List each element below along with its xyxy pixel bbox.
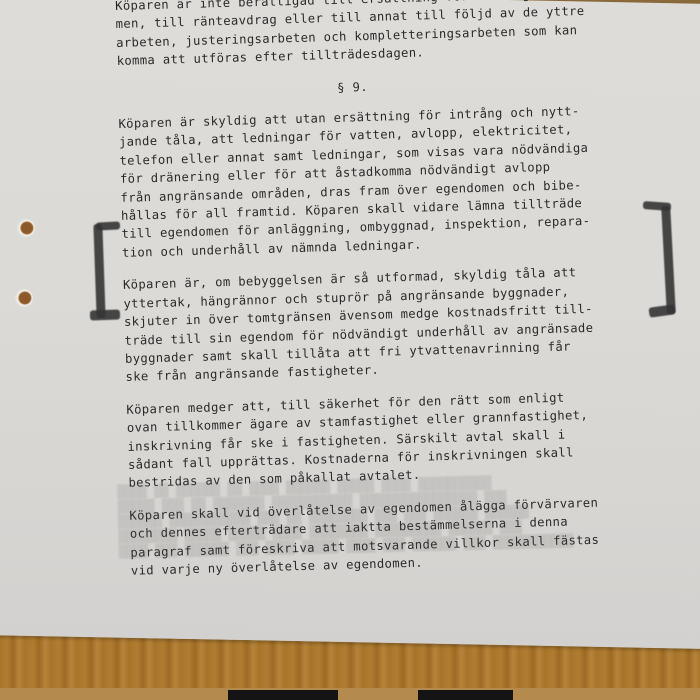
- punch-hole-icon: [17, 219, 35, 237]
- left-bracket-mark-bottom: [90, 309, 120, 320]
- section-heading: § 9.: [117, 69, 677, 103]
- paragraph-intro: Köparen är inte berättigad till ersättni…: [115, 0, 677, 71]
- desk-edge: [0, 688, 700, 700]
- show-through-text: ████ ██ ██████ ██ ████ ██████ █████ ████…: [117, 471, 679, 560]
- desk-gap-shadow: [418, 690, 513, 700]
- desk-gap-shadow: [228, 690, 338, 700]
- paragraph-bracketed-roofs: Köparen är, om bebyggelsen är så utforma…: [123, 261, 686, 387]
- left-bracket-mark-top: [96, 221, 120, 230]
- paragraph-utilities: Köparen är skyldig att utan ersättning f…: [118, 99, 682, 262]
- punch-hole-icon: [15, 289, 33, 307]
- photo-scene: Köparen är inte berättigad till ersättni…: [0, 0, 700, 700]
